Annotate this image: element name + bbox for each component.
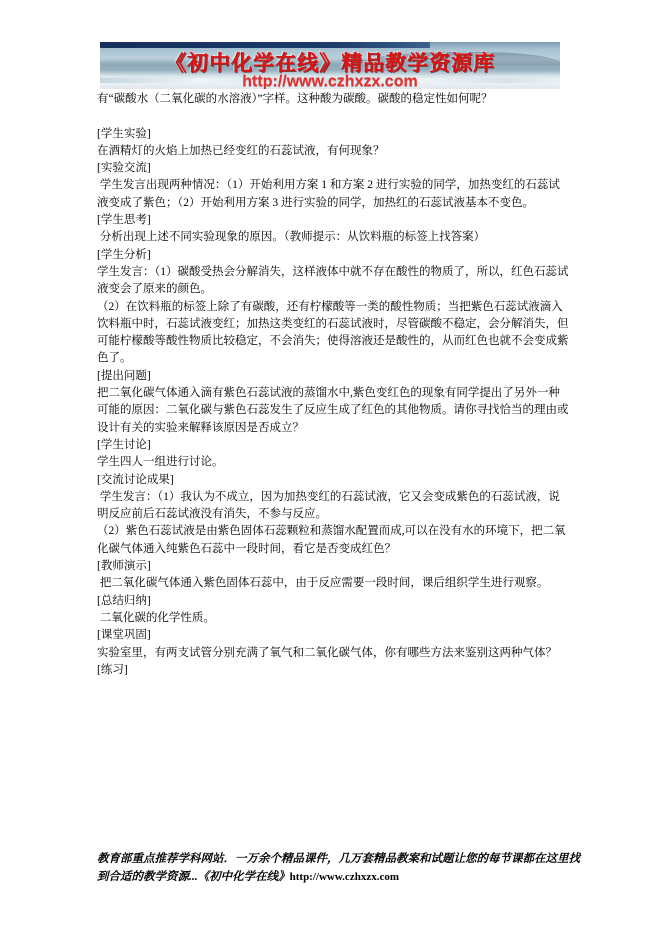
paragraph: 二氧化碳的化学性质。: [97, 610, 569, 627]
paragraph: 分析出现上述不同实验现象的原因。（教师提示：从饮料瓶的标签上找答案）: [97, 229, 569, 246]
paragraph: 实验室里，有两支试管分别充满了氧气和二氧化碳气体，你有哪些方法来鉴别这两种气体？: [97, 645, 569, 662]
footer-site-name: 《初中化学在线》: [198, 871, 290, 883]
paragraph: （2）紫色石蕊试液是由紫色固体石蕊颗粒和蒸馏水配置而成,可以在没有水的环境下，把…: [97, 523, 569, 558]
section-header: [课堂巩固]: [97, 627, 569, 644]
paragraph: 有“碳酸水（二氧化碳的水溶液）”字样。这种酸为碳酸。碳酸的稳定性如何呢？: [97, 91, 569, 108]
paragraph: 把二氧化碳气体通入紫色固体石蕊中，由于反应需要一段时间，课后组织学生进行观察。: [97, 575, 569, 592]
section-header: [总结归纳]: [97, 593, 569, 610]
section-header: [实验交流]: [97, 160, 569, 177]
paragraph: 学生发言出现两种情况：（1）开始利用方案 1 和方案 2 进行实验的同学，加热变…: [97, 177, 569, 212]
section-header: [学生讨论]: [97, 437, 569, 454]
section-header: [交流讨论成果]: [97, 472, 569, 489]
paragraph: 在酒精灯的火焰上加热已经变红的石蕊试液，有何现象？: [97, 143, 569, 160]
site-banner: 《初中化学在线》精品教学资源库 http://www.czhxzx.com: [100, 42, 560, 89]
page-footer: 教育部重点推荐学科网站．一万余个精品课件，几万套精品教案和试题让您的每节课都在这…: [97, 851, 581, 886]
footer-url: http://www.czhxzx.com: [290, 871, 399, 883]
section-header: [教师演示]: [97, 558, 569, 575]
section-header: [学生分析]: [97, 247, 569, 264]
section-header: [学生实验]: [97, 126, 569, 143]
paragraph: [97, 108, 569, 125]
paragraph: （2）在饮料瓶的标签上除了有碳酸，还有柠檬酸等一类的酸性物质；当把紫色石蕊试液滴…: [97, 299, 569, 368]
document-body: 有“碳酸水（二氧化碳的水溶液）”字样。这种酸为碳酸。碳酸的稳定性如何呢？[学生实…: [97, 91, 569, 679]
section-header: [学生思考]: [97, 212, 569, 229]
paragraph: 学生发言：（1）碳酸受热会分解消失，这样液体中就不存在酸性的物质了，所以，红色石…: [97, 264, 569, 299]
paragraph: 把二氧化碳气体通入滴有紫色石蕊试液的蒸馏水中,紫色变红色的现象有同学提出了另外一…: [97, 385, 569, 437]
paragraph: 学生发言：（1）我认为不成立，因为加热变红的石蕊试液，它又会变成紫色的石蕊试液，…: [97, 489, 569, 524]
section-header: [提出问题]: [97, 368, 569, 385]
banner-url: http://www.czhxzx.com: [100, 73, 560, 89]
paragraph: 学生四人一组进行讨论。: [97, 454, 569, 471]
section-header: [练习]: [97, 662, 569, 679]
